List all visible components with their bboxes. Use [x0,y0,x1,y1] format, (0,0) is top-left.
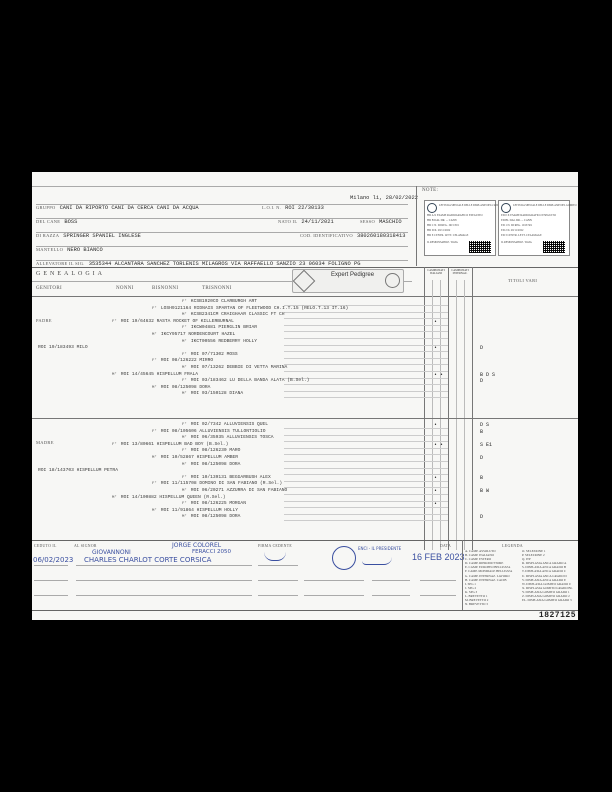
dog-entry: IKCW04881 PIERGLIN BRIAR [191,325,257,330]
sex-marker: F° [182,476,187,480]
dog-entry: ROI 08/125098 DORA [191,514,241,519]
sex-marker: F° [182,379,187,383]
pedigree-logo-icon [293,270,316,293]
sex-marker: F° [152,430,157,434]
pedigree-line: M°ROI 11/91864 HISPELLUM HOLLY [152,508,238,513]
dog-entry: IKCY95717 NORDENCOURT HAZEL [161,332,235,337]
col-bisnonni: BISNONNI [152,286,178,291]
sex-marker: M° [152,333,157,337]
championship-mark: • • [434,372,443,378]
col-campionati-internaz: CAMPIONATI INTERNAZ. [449,269,471,275]
pedigree-line: F°LOSH9121164 RIDNAIS SPARTAN OF FLEETWO… [152,306,348,311]
col-campionati-italiani: CAMPIONATI ITALIANI [425,269,447,275]
dog-entry: ROI 08/105606 ALLUVIENSIS TULLONTIOLIO [161,429,266,434]
title-code: D [480,345,483,351]
pedigree-line: F°ROI 10/139131 BEGGARBUSH ALEX [182,475,271,480]
breeder-label: Allevatore il sig. [36,261,85,266]
title-code: B D S [480,372,495,378]
genealogia-title: GENEALOGIA [36,271,105,277]
championship-mark: • [434,488,437,494]
signor-label: AL SIGNOR [74,544,97,548]
dog-entry: ROI 06/35935 ALLUVIENSIS TOSCA [191,435,274,440]
handwritten-address-1: JORGE COLOREL [172,542,221,549]
stamped-date: 16 FEB 2023 [412,552,465,562]
microchip-label: Cod. identificativo [300,233,353,238]
sex-marker: M° [112,373,117,377]
title-code: B [480,475,483,481]
dog-entry: ROI 14/45645 HISPELLUM FRALA [121,372,198,377]
pedigree-line: M°IKCY95717 NORDENCOURT HAZEL [152,332,235,337]
dog-entry: ROI 11/115708 DOMINO DI SAN FABIANO (R.S… [161,481,282,486]
col-genitori: GENITORI [36,286,62,291]
qr-code-icon [543,241,565,253]
title-code: D [480,514,483,520]
handwritten-transfer-date: 06/02/2023 [33,556,73,564]
sex-marker: F° [182,423,187,427]
sex-marker: F° [152,482,157,486]
notes-label: NOTE: [422,188,438,193]
enci-seal-icon [332,546,356,570]
dog-entry: ROI 08/126222 MIRRO [161,358,213,363]
championship-mark: • [434,501,437,507]
legend-item: F. CAMP. MONDIALE BELLEZZA [465,569,512,573]
pedigree-line: M°ROI 14/45645 HISPELLUM FRALA [112,372,198,377]
sex-marker: F° [152,359,157,363]
sex-marker: F° [182,326,187,330]
pedigree-line: F°ROI 19/64632 RASTA ROCKET OF KILLERBUR… [112,319,234,324]
sex-marker: M° [182,366,187,370]
title-code: D [480,455,483,461]
microchip-value: 380260180318413 [357,233,406,239]
legend-item: EL. DISPLASIA GOMITO GRADO 3 [522,598,573,602]
pedigree-line: M°KCSB2341CM CRAIGHAAR CLASSIC FT CH [182,312,285,317]
pedigree-line: F°ROI 08/126230 MARO [182,448,240,453]
serial-number: 1827125 [539,611,576,620]
dog-entry: ROI 11/91864 HISPELLUM HOLLY [161,508,238,513]
dog-entry: ROI 07/13262 DEBBIE DI VETTA MARINA [191,365,288,370]
pedigree-line: F°ROI 13/80661 HISPELLUM BAD BOY (B.Sel.… [112,442,228,447]
birth-label: Nato il [278,219,297,224]
elbow-dysplasia-stamp: LETTURA SPECIALE DELLE DISPLASIE DEL GOM… [498,200,570,256]
pedigree-line: ROI 18/143703 HISPELLUM PETRA [34,468,118,473]
sex-marker: M° [112,496,117,500]
title-code: B W [480,488,489,494]
qr-code-icon [469,241,491,253]
hip-dysplasia-stamp: LETTURA SPECIALE DELLE DISPLASIE DELL'AN… [424,200,496,256]
pedigree-line: M°ROI 08/125098 DORA [152,385,210,390]
sex-marker: M° [182,340,187,344]
dog-entry: KCSB1920CO CLARBURGH ART [191,299,257,304]
dog-entry: ROI 08/125098 DORA [191,462,241,467]
pedigree-line: F°ROI 08/126222 MIRRO [152,358,213,363]
dog-entry: ROI 19/183493 MILO [38,345,88,350]
data-label: DATA [440,544,451,548]
title-code: D [480,378,483,384]
pedigree-line: F°KCSB1920CO CLARBURGH ART [182,299,257,304]
pedigree-line: F°ROI 11/115708 DOMINO DI SAN FABIANO (R… [152,481,282,486]
title-code: D S [480,422,489,428]
legenda-left: A. CAMP. ASSOLUTOB. CAMP. ITALIANOC. CAM… [465,549,512,606]
pedigree-line: M°ROI 10/52867 HISPELLUM AMBER [152,455,238,460]
top-rule [32,186,578,187]
col-trisnonni: TRISNONNI [202,286,232,291]
pedigree-line: ROI 19/183493 MILO [34,345,88,350]
championship-mark: • [434,475,437,481]
sex-marker: M° [182,463,187,467]
dog-entry: ROI 08/125098 DORA [161,385,211,390]
sex-marker: M° [152,386,157,390]
padre-label: PADRE [36,318,52,323]
dog-entry: ROI 07/71302 MOSS [191,352,238,357]
sex-marker: F° [112,320,117,324]
madre-label: MADRE [36,440,54,445]
pedigree-line: F°ROI 08/126225 MORGAN [182,501,246,506]
legend-item: T. DISPLASIA ANCA GRADO C [522,569,573,573]
legenda-right: O. SELEZIONE 1P. SELEZIONE 2Q. ITPR. DIS… [522,549,573,602]
sex-marker: M° [182,515,187,519]
dog-entry: IKCT00556 REDBERRY HOLLY [191,339,257,344]
pedigree-line: M°ROI 07/13262 DEBBIE DI VETTA MARINA [182,365,287,370]
pedigree-line: F°IKCW04881 PIERGLIN BRIAR [182,325,257,330]
issue-date: Milano li, 28/02/2022 [350,195,418,201]
dog-entry: KCSB2341CM CRAIGHAAR CLASSIC FT CH [191,312,285,317]
sex-marker: M° [182,489,187,493]
pedigree-line: F°ROI 03/183462 LU DELLA BANDA ALATA (B.… [182,378,309,383]
legenda-title: LEGENDA [502,543,523,548]
col-titoli-vari: TITOLI VARI [508,278,537,283]
dog-entry: ROI 08/126230 MARO [191,448,241,453]
dog-entry: LOSH9121164 RIDNAIS SPARTAN OF FLEETWOOD… [161,306,348,311]
handwritten-buyer-2: CHARLES CHARLOT CORTE CORSICA [84,556,211,564]
sex-marker: M° [182,313,187,317]
championship-mark: • [434,422,437,428]
signature-icon [264,552,286,561]
sex-marker: M° [182,392,187,396]
dog-entry: ROI 10/139131 BEGGARBUSH ALEX [191,475,271,480]
sex-marker: F° [182,353,187,357]
dog-entry: ROI 02/7342 ALLUVIENSIS QUEL [191,422,268,427]
championship-mark: • • [434,442,443,448]
ceduto-label: CEDUTO IL [34,544,57,548]
sex-marker: F° [182,449,187,453]
expert-pedigree-stamp: Expert Pedigree [292,269,404,293]
dog-entry: ROI 06/20271 AZZURRA DI SAN FABIANO [191,488,288,493]
pedigree-line: F°ROI 02/7342 ALLUVIENSIS QUEL [182,422,268,427]
dog-entry: ROI 14/100882 HISPELLUM QUEEN (R.Sel.) [121,495,226,500]
pedigree-line: M°ROI 06/20271 AZZURRA DI SAN FABIANO [182,488,287,493]
dog-entry: ROI 13/80661 HISPELLUM BAD BOY (B.Sel.) [121,442,229,447]
dog-entry: ROI 10/52867 HISPELLUM AMBER [161,455,238,460]
pedigree-line: M°IKCT00556 REDBERRY HOLLY [182,339,257,344]
pedigree-line: M°ROI 08/125098 DORA [182,462,240,467]
legend-item: N. BREVETTO 3 [465,602,512,606]
pedigree-line: M°ROI 06/35935 ALLUVIENSIS TOSCA [182,435,274,440]
col-nonni: NONNI [116,286,134,291]
dog-entry: ROI 08/126225 MORGAN [191,501,246,506]
pedigree-line: F°ROI 07/71302 MOSS [182,352,238,357]
sex-marker: F° [152,307,157,311]
pedigree-document: Gruppo CANI DA RIPORTO CANI DA CERCA CAN… [32,172,578,620]
pedigree-line: M°ROI 08/125098 DORA [182,514,240,519]
championship-mark: • [434,345,437,351]
dog-entry: ROI 03/150128 DIANA [191,391,243,396]
title-code: S E1 [480,442,492,448]
sex-marker: M° [152,509,157,513]
dog-entry: ROI 03/183462 LU DELLA BANDA ALATA (B.Se… [191,378,310,383]
gruppo-value: CANI DA RIPORTO CANI DA CERCA CANI DA AC… [60,205,199,211]
sex-marker: M° [182,436,187,440]
title-code: B [480,429,483,435]
pedigree-line: F°ROI 08/105606 ALLUVIENSIS TULLONTIOLIO [152,429,266,434]
stamp-text: ENCI - IL PRESIDENTE [358,546,401,551]
dog-entry: ROI 18/143703 HISPELLUM PETRA [38,468,118,473]
handwritten-buyer-1: GIOVANNONI [92,549,131,556]
sex-marker: F° [112,443,117,447]
sex-marker: F° [182,300,187,304]
sex-marker: M° [152,456,157,460]
enci-logo-icon [501,203,511,213]
firma-label: FIRMA CEDENTE [258,544,292,548]
president-signature-icon [362,556,392,565]
pedigree-line: M°ROI 14/100882 HISPELLUM QUEEN (R.Sel.) [112,495,226,500]
enci-logo-icon [427,203,437,213]
championship-mark: • [434,319,437,325]
sex-marker: F° [182,502,187,506]
pedigree-line: M°ROI 03/150128 DIANA [182,391,243,396]
seal-icon [385,273,400,288]
dog-entry: ROI 19/64632 RASTA ROCKET OF KILLERBURNA… [121,319,234,324]
handwritten-address-2: FERACCI 2050 [192,549,231,555]
